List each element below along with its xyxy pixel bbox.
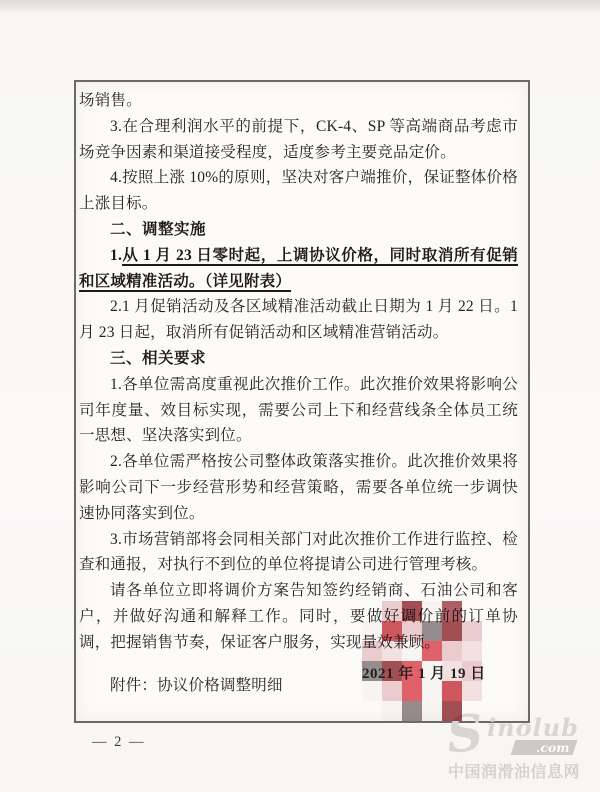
seal-cell: [442, 641, 462, 661]
underlined-text: 从 1 月 23 日零时起，上调协议价格，同时取消所有促销和区域精准活动。（详见…: [79, 247, 518, 290]
seal-cell: [442, 701, 462, 721]
seal-cell: [462, 621, 482, 641]
paragraph: 1.从 1 月 23 日零时起，上调协议价格，同时取消所有促销和区域精准活动。（…: [79, 243, 518, 295]
scan-page: 场销售。3.在合理利润水平的前提下，CK-4、SP 等高端商品考虑市场竞争因素和…: [0, 0, 600, 792]
section-heading: 二、调整实施: [79, 217, 518, 243]
pixelated-red-seal: [362, 601, 482, 721]
seal-cell: [422, 621, 442, 641]
seal-cell: [402, 601, 422, 621]
seal-cell: [462, 641, 482, 661]
seal-cell: [382, 621, 402, 641]
logo-wordmark: inolub: [487, 716, 579, 740]
seal-cell: [402, 681, 422, 701]
scan-edge-shade: [0, 0, 600, 13]
seal-cell: [362, 621, 382, 641]
seal-cell: [362, 641, 382, 661]
seal-cell: [362, 701, 382, 721]
seal-cell: [442, 621, 462, 641]
seal-cell: [462, 601, 482, 621]
logo-domain-text: .com: [536, 740, 570, 755]
logo-caption: 中国润滑油信息网: [448, 759, 580, 782]
seal-cell: [382, 601, 402, 621]
seal-cell: [382, 701, 402, 721]
seal-cell: [462, 701, 482, 721]
paragraph: 场销售。: [79, 88, 518, 114]
screenshot-root: { "document": { "paragraphs": [ {"style"…: [0, 0, 600, 792]
paragraph: 1.各单位需高度重视此次推价工作。此次推价效果将影响公司年度量、效目标实现，需要…: [79, 372, 518, 449]
seal-cell: [402, 641, 422, 661]
logo-domain-bar: .com: [511, 740, 578, 755]
seal-cell: [442, 681, 462, 701]
seal-cell: [442, 601, 462, 621]
paragraph: 2.1 月促销活动及各区域精准活动截止日期为 1 月 22 日。1 月 23 日…: [79, 294, 518, 346]
seal-cell: [362, 681, 382, 701]
seal-cell: [362, 601, 382, 621]
paragraph: 3.市场营销部将会同相关部门对此次推价工作进行监控、检查和通报，对执行不到位的单…: [79, 527, 518, 579]
sinolub-watermark: S inolub .com 中国润滑油信息网: [447, 715, 597, 781]
date-line: 2021 年 1 月 19 日: [362, 662, 486, 683]
seal-cell: [422, 701, 442, 721]
seal-cell: [422, 641, 442, 661]
paragraph: 2.各单位需严格按公司整体政策落实推价。此次推价效果将影响公司下一步经营形势和经…: [79, 449, 518, 526]
paragraph: 4.按照上涨 10%的原则，坚决对客户端推价，保证整体价格上涨目标。: [79, 165, 518, 217]
page-number: — 2 —: [92, 734, 146, 751]
seal-cell: [382, 641, 402, 661]
section-heading: 三、相关要求: [79, 346, 518, 372]
document-body: 场销售。3.在合理利润水平的前提下，CK-4、SP 等高端商品考虑市场竞争因素和…: [79, 88, 518, 656]
seal-cell: [402, 701, 422, 721]
seal-cell: [422, 681, 442, 701]
seal-cell: [402, 621, 422, 641]
seal-cell: [462, 681, 482, 701]
seal-cell: [422, 601, 442, 621]
seal-cell: [382, 681, 402, 701]
item-number: 1.: [110, 247, 122, 264]
paragraph: 3.在合理利润水平的前提下，CK-4、SP 等高端商品考虑市场竞争因素和渠道接受…: [79, 114, 518, 166]
